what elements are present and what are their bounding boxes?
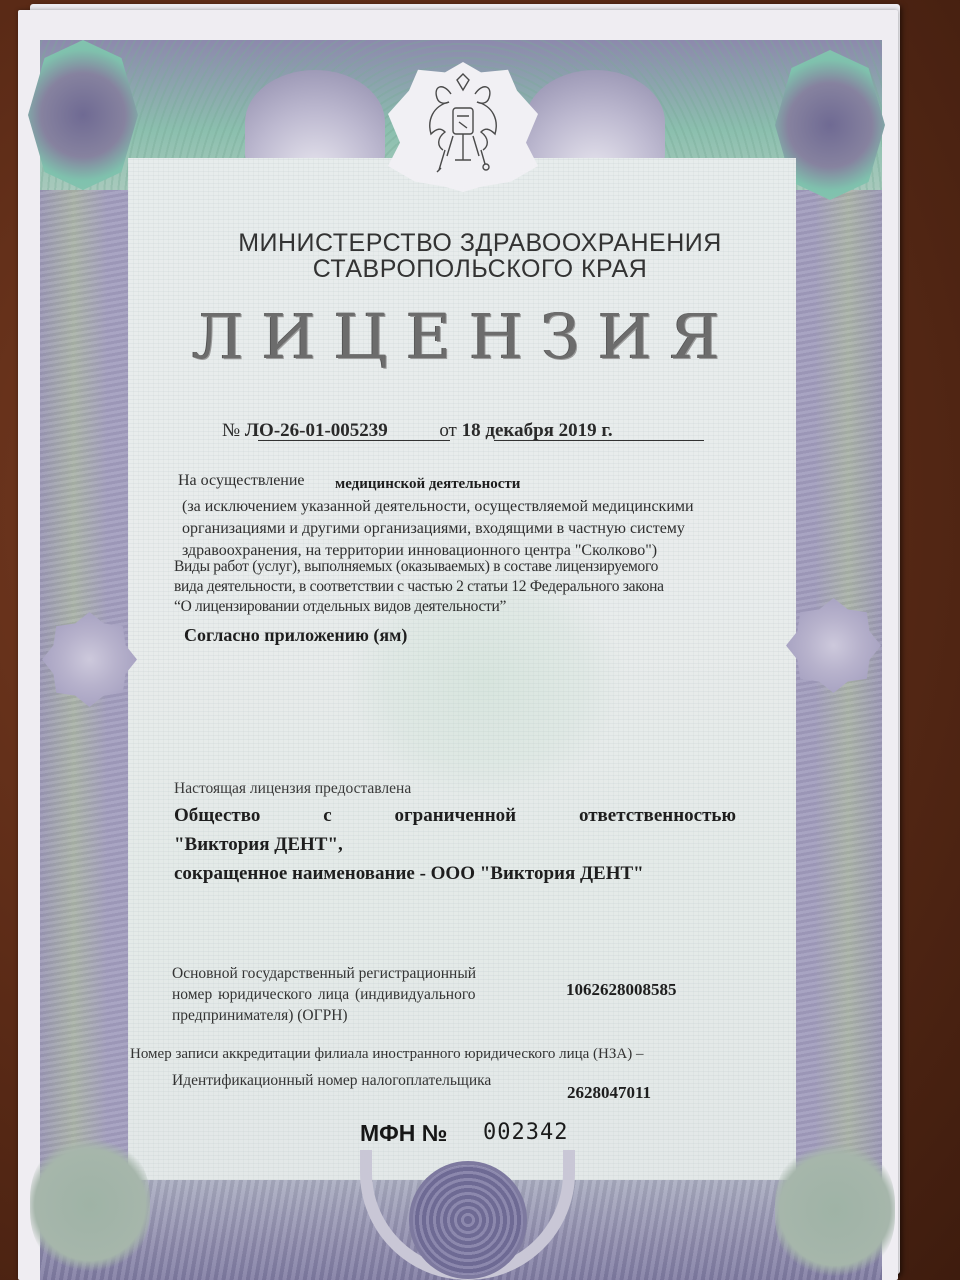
exclusion-line-2: организациями и другими организациями, в…: [182, 520, 732, 538]
licensee-word: ответственностью: [579, 805, 736, 827]
number-underline: [258, 440, 450, 441]
works-line-3: “О лицензировании отдельных видов деятел…: [174, 598, 506, 616]
corner-rosette-bottom-right: [775, 1140, 895, 1280]
license-number: ЛО-26-01-005239: [245, 420, 388, 441]
inn-label: Идентификационный номер налогоплательщик…: [172, 1072, 491, 1090]
license-date: 18 декабря 2019 г.: [462, 420, 613, 441]
works-line-1: Виды работ (услуг), выполняемых (оказыва…: [174, 558, 658, 576]
corner-rosette-top-left: [28, 40, 138, 190]
side-rosette-left: [42, 612, 137, 707]
license-number-line: № ЛО-26-01-005239 от 18 декабря 2019 г.: [222, 420, 613, 442]
exclusion-line-1: (за исключением указанной деятельности, …: [182, 498, 732, 516]
bottom-rosette: [413, 1165, 523, 1275]
activity-value: медицинской деятельности: [335, 476, 520, 493]
ogrn-value: 1062628008585: [566, 980, 677, 1000]
date-underline: [494, 440, 704, 441]
activity-label: На осуществление: [178, 472, 305, 490]
appendix-note: Согласно приложению (ям): [184, 625, 407, 646]
document-title: ЛИЦЕНЗИЯ: [0, 300, 930, 373]
issuer-line-2: СТАВРОПОЛЬСКОГО КРАЯ: [0, 254, 960, 284]
ogrn-label-line-1: Основной государственный регистрационный: [172, 965, 476, 983]
licensee-full-name-line-2: "Виктория ДЕНТ",: [174, 834, 343, 856]
licensee-short-name: сокращенное наименование - ООО "Виктория…: [174, 863, 644, 885]
inn-value: 2628047011: [567, 1083, 651, 1103]
coat-of-arms-icon: [423, 72, 503, 182]
nza-label: Номер записи аккредитации филиала иностр…: [130, 1046, 643, 1063]
form-number: 002342: [483, 1120, 568, 1145]
ogrn-label-line-2: номер юридического лица (индивидуального: [172, 986, 476, 1004]
side-rosette-right: [786, 598, 881, 693]
number-prefix: №: [222, 420, 240, 441]
date-prefix: от: [439, 420, 457, 441]
ogrn-label-line-3: предпринимателя) (ОГРН): [172, 1007, 348, 1025]
licensee-word: Общество: [174, 805, 260, 827]
licensee-word: ограниченной: [395, 805, 517, 827]
licensee-full-name-line-1: Общество с ограниченной ответственностью: [174, 805, 736, 827]
granted-label: Настоящая лицензия предоставлена: [174, 780, 411, 798]
works-line-2: вида деятельности, в соответствии с част…: [174, 578, 664, 596]
licensee-word: с: [323, 805, 331, 827]
form-series: МФН №: [360, 1120, 447, 1147]
eagle-watermark-icon: [345, 560, 625, 800]
corner-rosette-bottom-left: [30, 1135, 150, 1275]
